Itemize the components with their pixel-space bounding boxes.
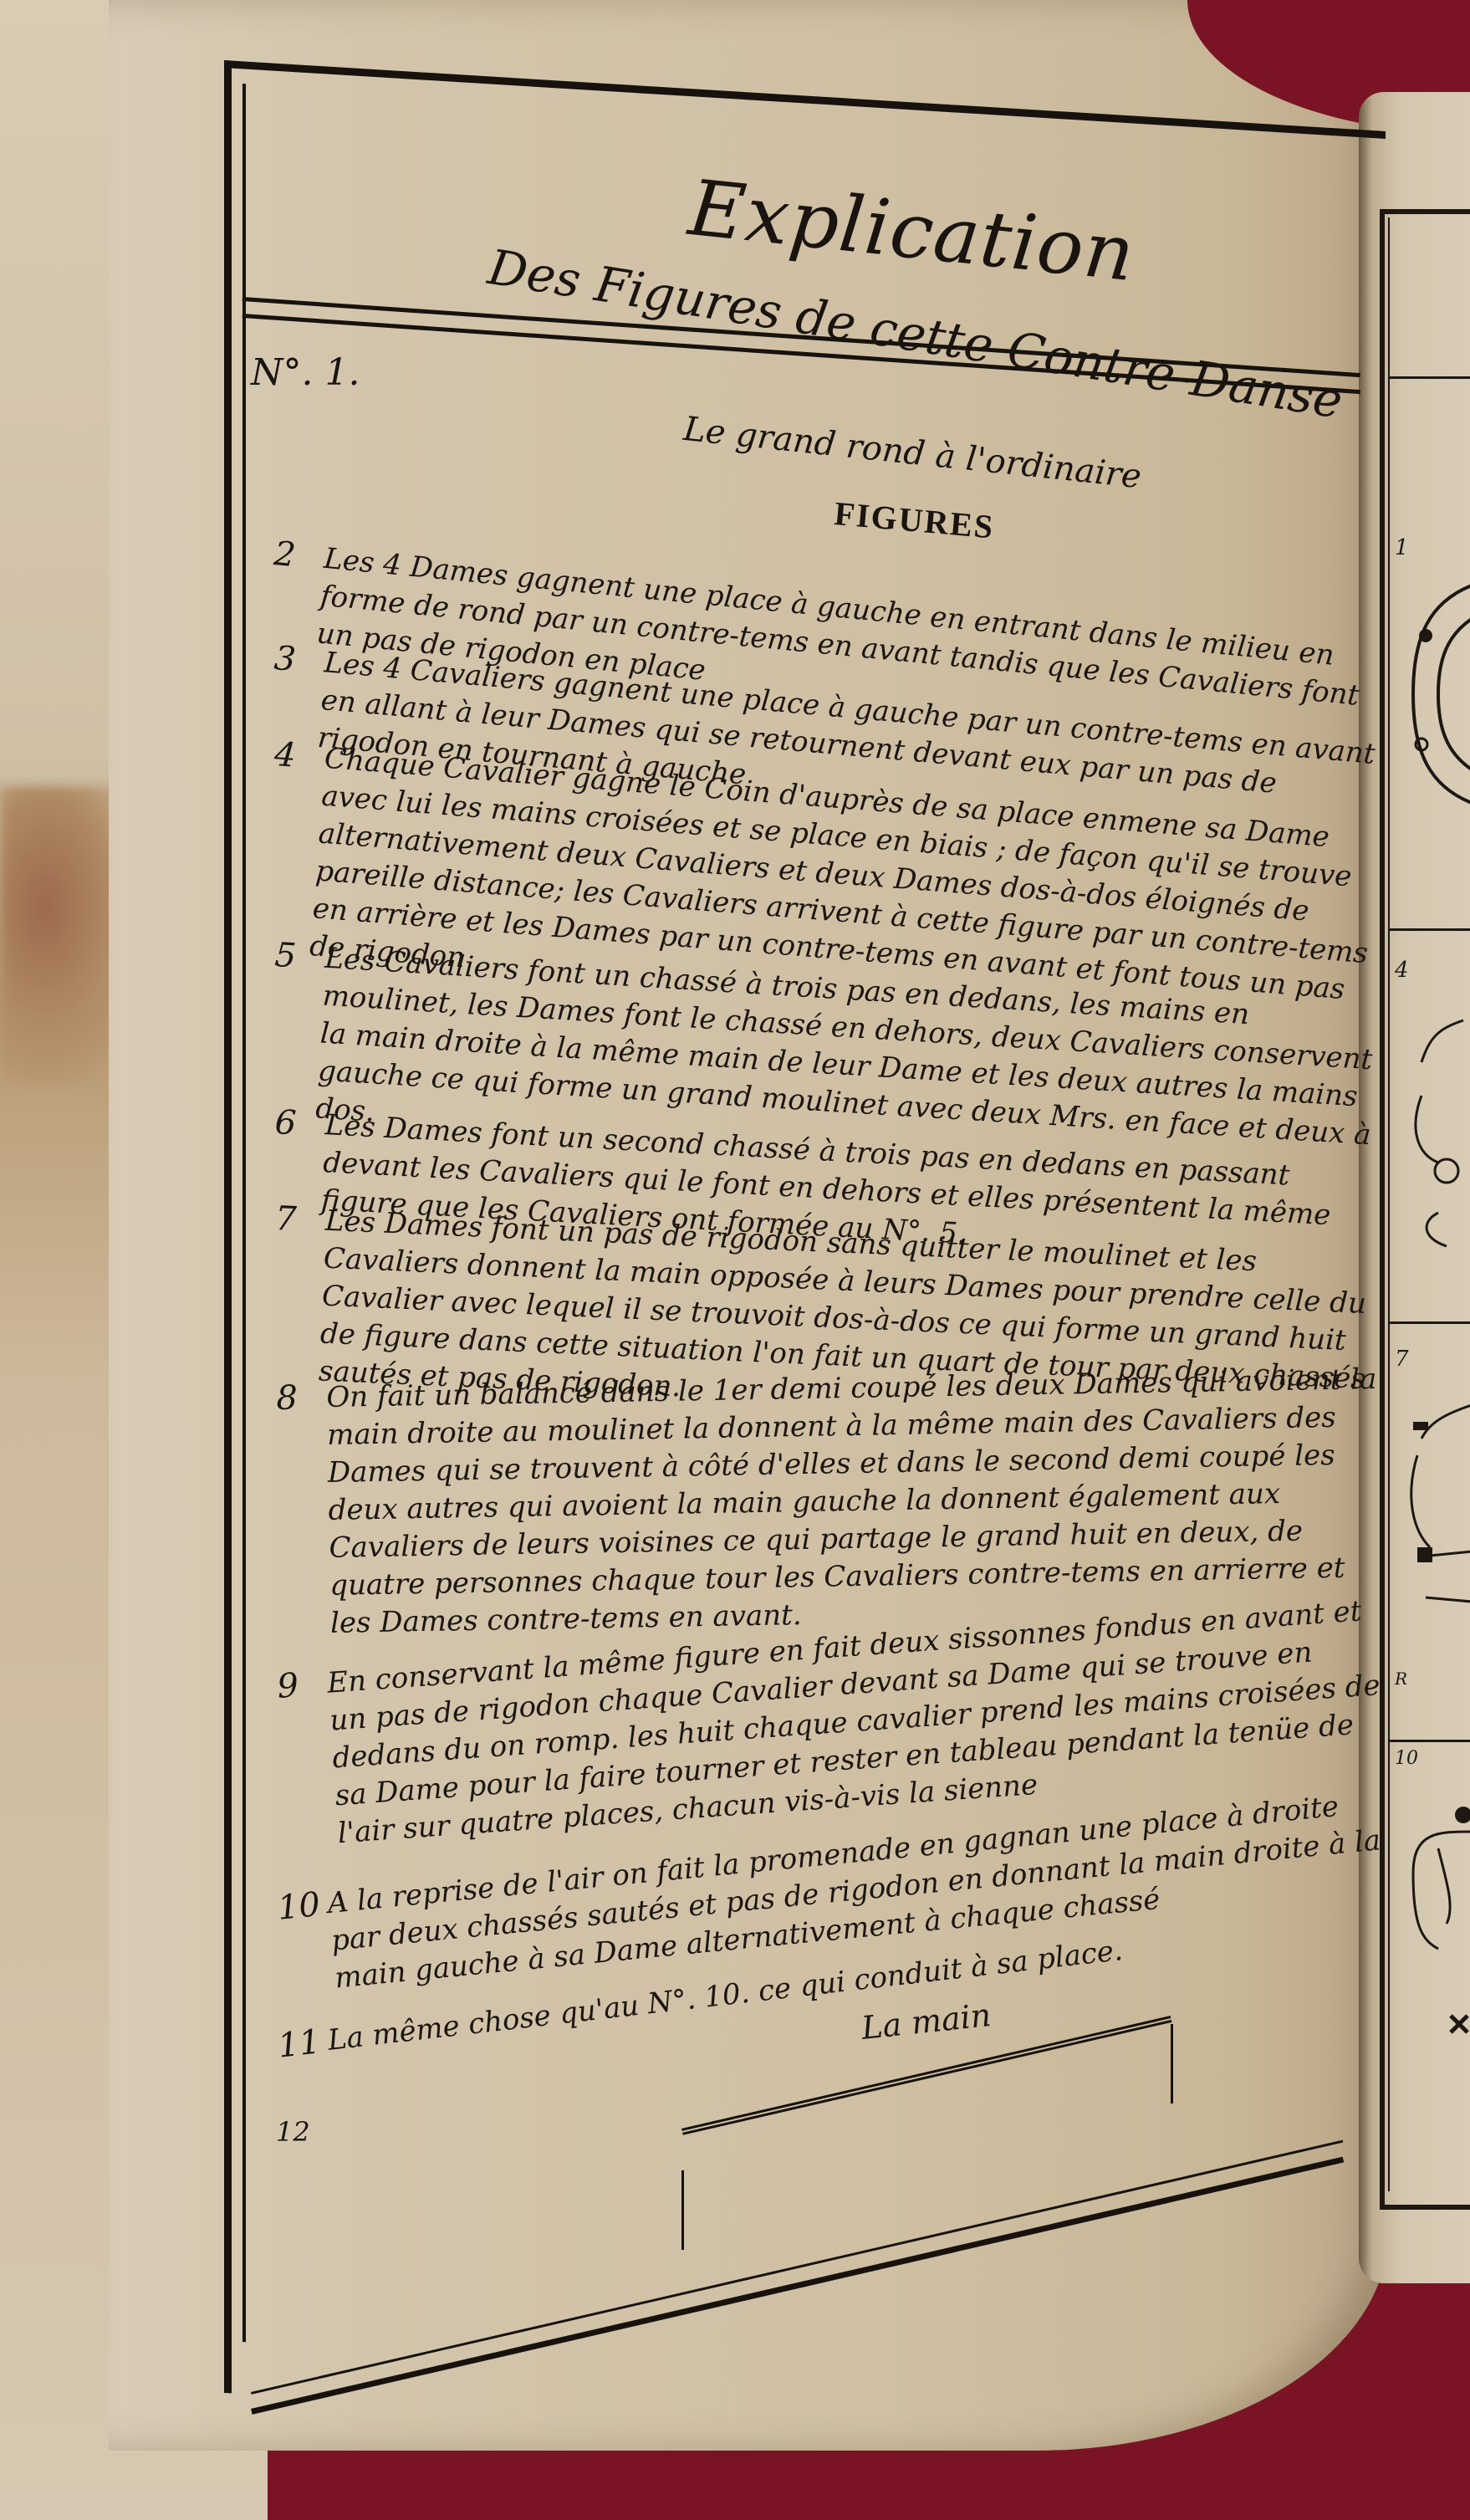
bracket-end-right [1171,2024,1173,2103]
entry-number-empty: 12 [276,2116,310,2148]
dance-figure-diagram-icon [1405,1388,1470,1639]
next-page-divider [1388,928,1470,931]
entry-number: 9 [276,1666,320,1706]
entry-number: 10 [276,1886,321,1928]
entry-number: 8 [276,1379,319,1418]
dance-figure-diagram-icon [1405,1798,1470,2099]
next-page-figure-label: 4 [1395,958,1409,983]
entry-text: On fait un balancé dans le 1er demi coup… [326,1361,1392,1643]
next-page-figure-label: 7 [1395,1347,1409,1372]
figure-entry: 8 On fait un balancé dans le 1er demi co… [276,1361,1392,1643]
entry-number: 2 [273,535,318,577]
bracket-end-left [681,2170,684,2250]
entry-number: 5 [273,937,318,977]
next-page-divider [1388,1321,1470,1324]
entry-number: 4 [273,736,317,777]
entry-number: 6 [274,1104,318,1144]
entry-number: 11 [276,2023,322,2065]
next-page-divider [1388,376,1470,379]
next-page-figure-label: 10 [1395,1748,1418,1769]
next-page-figure-label: 1 [1395,535,1409,560]
figure-list: 2 Les 4 Dames gagnent une place à gauche… [276,535,1388,2066]
dance-figure-diagram-icon [1405,1004,1470,1255]
dance-figure-diagram-icon [1405,569,1470,820]
next-page-figure-label: R [1395,1669,1407,1689]
entry-number: 7 [274,1200,318,1240]
entry-number: 3 [273,640,318,681]
figure-number: N°. 1. [251,351,360,394]
next-page-divider [1388,1740,1470,1742]
